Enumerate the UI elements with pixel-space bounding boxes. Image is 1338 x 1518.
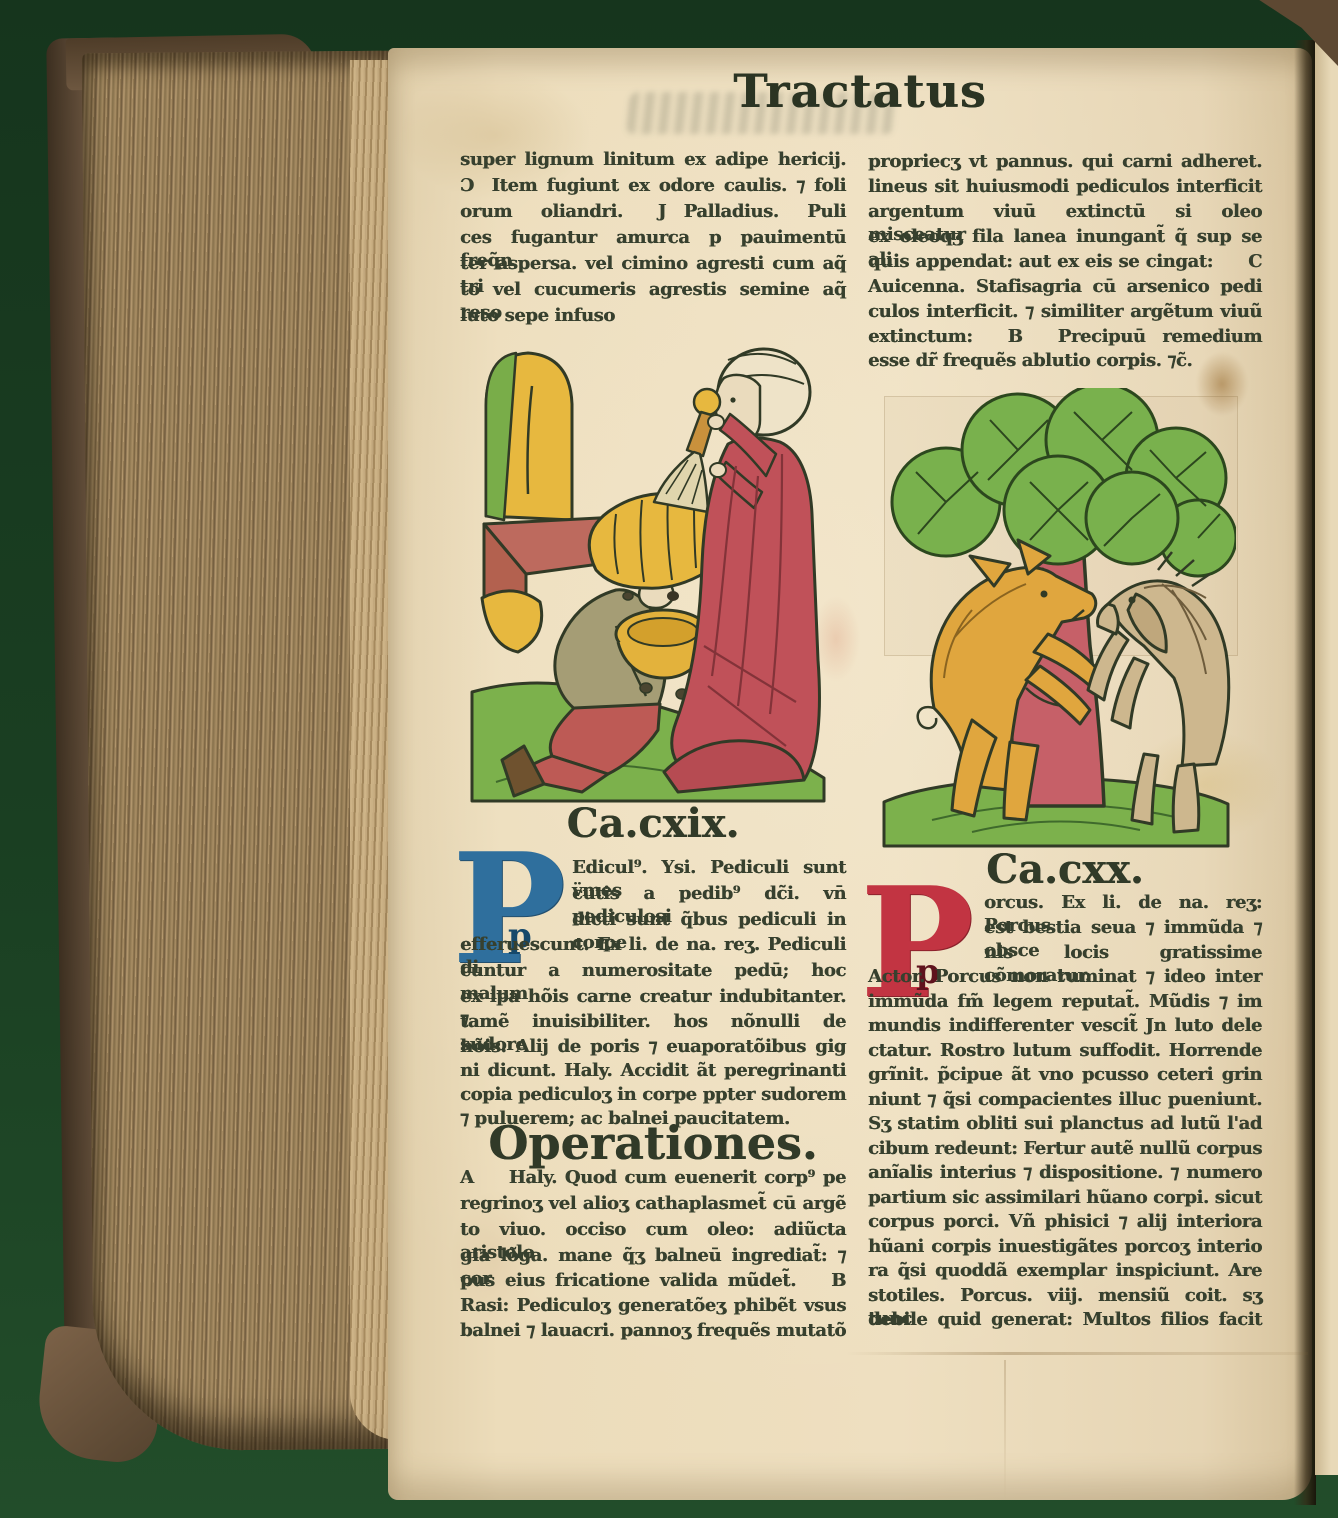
boar-left-tail	[918, 707, 937, 728]
text-line: mundis indifferenter vescit̃ Jn luto del…	[868, 1014, 1262, 1037]
text-line: luto sepe infuso	[460, 304, 846, 327]
louse	[640, 683, 652, 693]
text-line: regrinoʒ vel alioʒ cathaplasmet̃ cū arge…	[460, 1192, 846, 1215]
text-line: ni dicunt. Haly. Accidit ãt peregrinant…	[460, 1059, 846, 1082]
pestle-knob	[694, 389, 720, 415]
text-line: Auicenna. Stafisagria cū arsenico pedi	[868, 275, 1262, 298]
text-line: debile quid generat: Multos filios facit	[868, 1308, 1262, 1331]
text-line: partium sic assimilari hũano corpi. sic…	[868, 1186, 1262, 1209]
text-line: super lignum linitum ex adipe hericij.	[460, 148, 846, 171]
text-line: hũani corpis inuestigãtes porcoʒ inter…	[868, 1235, 1262, 1258]
woman-hand	[708, 415, 724, 429]
woman-hand	[710, 463, 726, 477]
text-line: anĩalis interius ⁊ dispositione. ⁊ nume…	[868, 1161, 1262, 1184]
text-line: niunt ⁊ q̃si compacientes illuc pueniunt…	[868, 1088, 1262, 1111]
text-line: cibum redeunt: Fertur autẽ nullũ corpus	[868, 1137, 1262, 1160]
woodcut-pigs-at-tree	[876, 388, 1236, 850]
whisk	[654, 452, 708, 512]
text-line: lineus sit huiusmodi pediculos interfici…	[868, 175, 1262, 198]
text-line: Sʒ statim obliti sui planctus ad lutũ l'…	[868, 1112, 1262, 1135]
text-line: Actor. Porcus non ruminat ⁊ ideo inter	[868, 965, 1262, 988]
text-line: Rasi: Pediculoʒ generatõeʒ phibẽt vsus	[460, 1294, 846, 1317]
text-line: ra q̃si quoddã exemplar inspiciunt. Are	[868, 1259, 1262, 1282]
boar-right-foreleg	[1112, 658, 1148, 728]
text-line: balnei ⁊ lauacri. pannoʒ frequẽs mutato…	[460, 1319, 846, 1342]
text-line: immũda fm̃ legem reputat̃. Mũdis ⁊ im	[868, 990, 1262, 1013]
text-line: quis appendat: aut ex eis se cingat: C	[868, 250, 1262, 273]
tree-foliage	[892, 388, 1236, 576]
section-heading-operationes: Operationes.	[460, 1116, 846, 1170]
text-line: copia pediculoʒ in corpe ppter sudorem	[460, 1083, 846, 1106]
text-line: pus eius fricatione valida mũdet̃. B	[460, 1269, 846, 1292]
text-line: Ɔ Item fugiunt ex odore caulis. ⁊ foli	[460, 174, 846, 197]
text-line: extinctum: B Precipuū remedium	[868, 325, 1262, 348]
bench-knob	[482, 591, 542, 652]
text-line: esse dr̃ frequẽs ablutio corpis. ⁊c̃.	[868, 349, 1262, 372]
text-line: corpus porci. Vñ phisici ⁊ alij interior…	[868, 1210, 1262, 1233]
text-line: hõis. Alij de poris ⁊ euaporatõibus gi…	[460, 1035, 846, 1058]
running-title: Tractatus	[560, 64, 1160, 118]
woodcut-delousing	[466, 344, 830, 806]
paper-crease	[1004, 1360, 1006, 1500]
paper-crease	[846, 1352, 1308, 1355]
facing-page-sliver	[1315, 40, 1338, 1475]
gutter-shadow	[1294, 40, 1316, 1505]
text-line: ctatur. Rostro lutum suffodit. Horrende	[868, 1039, 1262, 1062]
text-line: grĩnit. p̃cipue ãt vno pcusso ceteri g…	[868, 1063, 1262, 1086]
text-line: orum oliandri. J Palladius. Puli	[460, 200, 846, 223]
louse	[623, 592, 633, 600]
boar-right-hind-leg	[1173, 764, 1199, 832]
book-photograph: Tractatus super lignum linitum ex adipe …	[0, 0, 1338, 1518]
boar-right-snout	[1097, 604, 1118, 634]
text-line: culos interficit. ⁊ similiter argẽtum v…	[868, 300, 1262, 323]
text-line: A Haly. Quod cum euenerit corp⁹ pe	[460, 1166, 846, 1189]
text-line: propriecʒ vt pannus. qui carni adheret.	[868, 150, 1262, 173]
